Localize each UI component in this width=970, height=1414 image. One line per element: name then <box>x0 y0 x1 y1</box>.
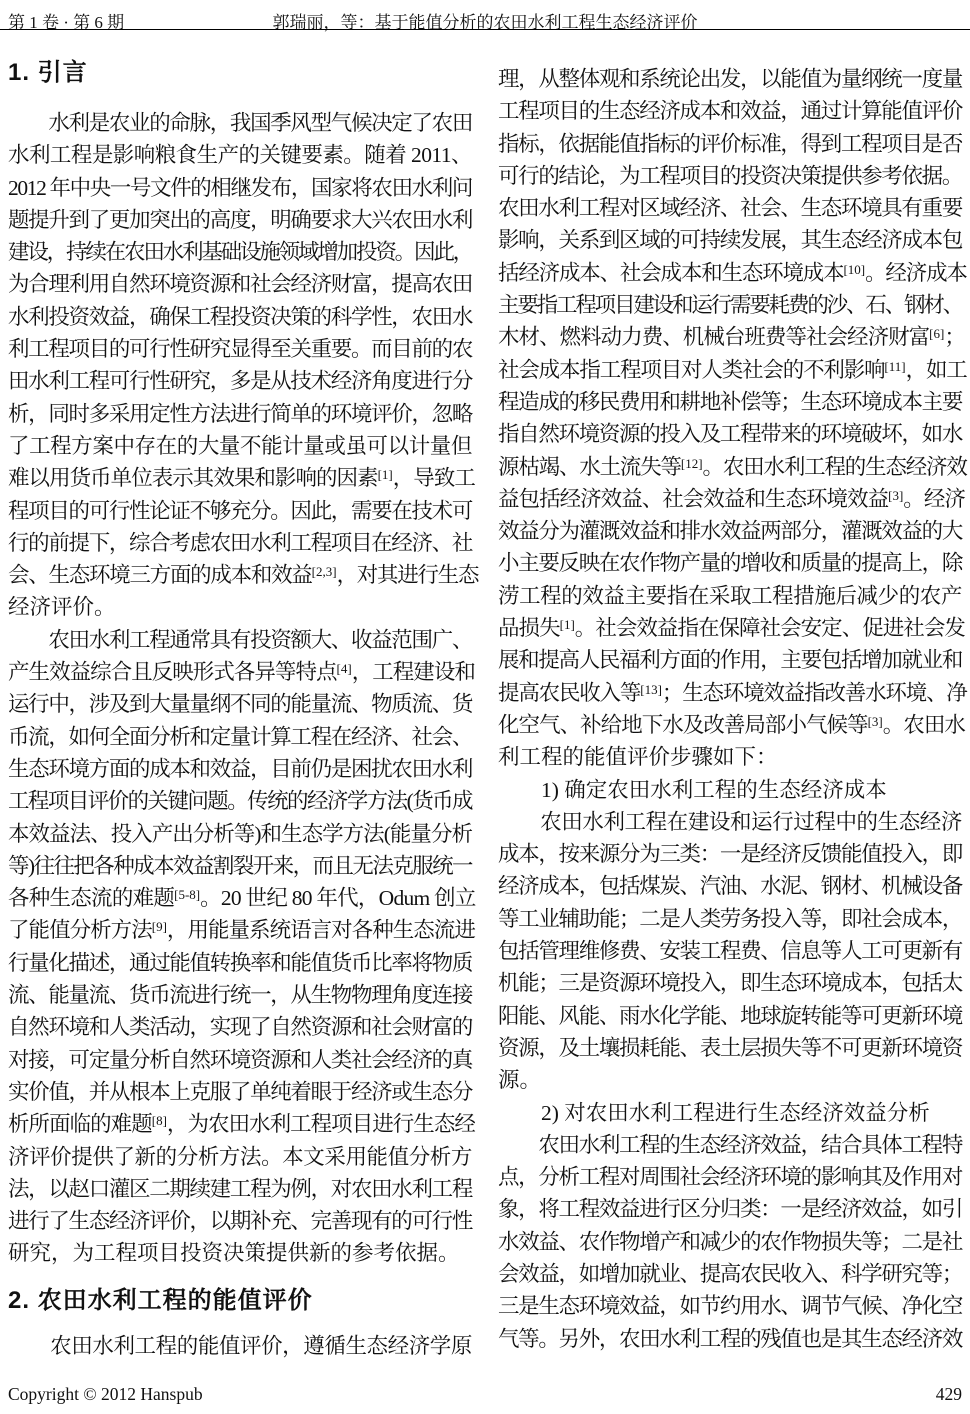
text-line: 水效益、农作物增产和减少的农作物损失等；二是社 <box>498 1226 962 1258</box>
text-line: 水利是农业的命脉，我国季风型气候决定了农田 <box>8 107 472 139</box>
text-line: 运行中，涉及到大量量纲不同的能量流、物质流、货 <box>8 688 472 720</box>
text-line: 法，以赵口灌区二期续建工程为例，对农田水利工程 <box>8 1173 472 1205</box>
text-line: 农田水利工程的能值评价，遵循生态经济学原 <box>8 1330 472 1362</box>
text-line: 三是生态环境效益，如节约用水、调节气候、净化空 <box>498 1290 962 1322</box>
text-line: 了能值分析方法[9]，用能量系统语言对各种生态流进 <box>8 914 472 946</box>
text-line: 行量化描述，通过能值转换率和能值货币比率将物质 <box>8 947 472 979</box>
text-line: 2) 对农田水利工程进行生态经济效益分析 <box>498 1097 962 1129</box>
paragraph: 理，从整体观和系统论出发，以能值为量纲统一度量工程项目的生态经济成本和效益，通过… <box>498 63 962 774</box>
header-rule <box>0 29 970 30</box>
text-line: 效益分为灌溉效益和排水效益两部分，灌溉效益的大 <box>498 515 962 547</box>
text-line: 行的前提下，综合考虑农田水利工程项目在经济、社 <box>8 527 472 559</box>
text-line: 会、生态环境三方面的成本和效益[2,3]，对其进行生态 <box>8 559 472 591</box>
text-line: 水利投资效益，确保工程投资决策的科学性，农田水 <box>8 301 472 333</box>
citation-ref: [8] <box>152 1113 167 1128</box>
text-line: 阳能、风能、雨水化学能、地球旋转能等可更新环境 <box>498 1000 962 1032</box>
page-header: 第 1 卷 · 第 6 期 郭瑞丽，等：基于能值分析的农田水利工程生态经济评价 <box>8 8 962 30</box>
text-line: 主要指工程项目建设和运行需要耗费的沙、石、钢材、 <box>498 289 962 321</box>
text-line: 利工程项目的可行性研究显得至关重要。而目前的农 <box>8 333 472 365</box>
text-line: 田水利工程可行性研究，多是从技术经济角度进行分 <box>8 365 472 397</box>
text-line: 展和提高人民福利方面的作用，主要包括增加就业和 <box>498 644 962 676</box>
text-line: 经济评价。 <box>8 591 472 623</box>
page-footer: Copyright © 2012 Hanspub 429 <box>8 1384 962 1408</box>
paragraph: 农田水利工程的能值评价，遵循生态经济学原 <box>8 1330 472 1362</box>
text-line: 农田水利工程的生态经济效益，结合具体工程特 <box>498 1129 962 1161</box>
citation-ref: [1] <box>560 617 575 632</box>
text-line: 木材、燃料动力费、机械台班费等社会经济财富[6]； <box>498 321 962 353</box>
text-line: 为合理利用自然环境资源和社会经济财富，提高农田 <box>8 268 472 300</box>
text-line: 成本，按来源分为三类：一是经济反馈能值投入，即 <box>498 838 962 870</box>
text-line: 气等。另外，农田水利工程的残值也是其生态经济效 <box>498 1323 962 1355</box>
text-line: 等)往往把各种成本效益割裂开来，而且无法克服统一 <box>8 850 472 882</box>
paragraph: 农田水利工程在建设和运行过程中的生态经济成本，按来源分为三类：一是经济反馈能值投… <box>498 806 962 1097</box>
text-line: 建设，持续在农田水利基础设施领域增加投资。因此， <box>8 236 472 268</box>
text-line: 等工业辅助能；二是人类劳务投入等，即社会成本， <box>498 903 962 935</box>
text-line: 了工程方案中存在的大量不能计量或虽可以计量但 <box>8 430 472 462</box>
text-line: 提高农民收入等[13]；生态环境效益指改善水环境、净 <box>498 677 962 709</box>
citation-ref: [3] <box>868 714 883 729</box>
text-line: 流、能量流、货币流进行统一，从生物物理角度连接 <box>8 979 472 1011</box>
page-number: 429 <box>936 1384 962 1405</box>
text-line: 指自然环境资源的投入及工程带来的环境破坏，如水 <box>498 418 962 450</box>
text-line: 程造成的移民费用和耕地补偿等；生态环境成本主要 <box>498 386 962 418</box>
text-line: 济评价提供了新的分析方法。本文采用能值分析方 <box>8 1141 472 1173</box>
text-line: 工程项目评价的关键问题。传统的经济学方法(货币成 <box>8 785 472 817</box>
citation-ref: [6] <box>929 326 944 341</box>
text-line: 析所面临的难题[8]，为农田水利工程项目进行生态经 <box>8 1108 472 1140</box>
text-line: 小主要反映在农作物产量的增收和质量的提高上，除 <box>498 547 962 579</box>
left-column: 1. 引言 水利是农业的命脉，我国季风型气候决定了农田水利工程是影响粮食生产的关… <box>8 56 472 1362</box>
text-line: 农田水利工程在建设和运行过程中的生态经济 <box>498 806 962 838</box>
text-line: 研究，为工程项目投资决策提供新的参考依据。 <box>8 1237 472 1269</box>
citation-ref: [11] <box>884 359 905 374</box>
text-line: 理，从整体观和系统论出发，以能值为量纲统一度量 <box>498 63 962 95</box>
text-line: 涝工程的效益主要指在采取工程措施后减少的农产 <box>498 580 962 612</box>
text-line: 工程项目的生态经济成本和效益，通过计算能值评价 <box>498 95 962 127</box>
text-line: 实价值，并从根本上克服了单纯着眼于经济或生态分 <box>8 1076 472 1108</box>
section-heading: 1. 引言 <box>8 56 472 90</box>
citation-ref: [4] <box>337 661 352 676</box>
text-line: 益包括经济效益、社会效益和生态环境效益[3]。经济 <box>498 483 962 515</box>
citation-ref: [10] <box>843 262 865 277</box>
text-line: 经济成本，包括煤炭、汽油、水泥、钢材、机械设备 <box>498 870 962 902</box>
paragraph: 1) 确定农田水利工程的生态经济成本 <box>498 774 962 806</box>
text-line: 进行了生态经济评价，以期补充、完善现有的可行性 <box>8 1205 472 1237</box>
text-line: 农田水利工程对区域经济、社会、生态环境具有重要 <box>498 192 962 224</box>
text-line: 化空气、补给地下水及改善局部小气候等[3]。农田水 <box>498 709 962 741</box>
paragraph: 2) 对农田水利工程进行生态经济效益分析 <box>498 1097 962 1129</box>
text-line: 资源，及土壤损耗能、表土层损失等不可更新环境资 <box>498 1032 962 1064</box>
text-line: 机能；三是资源环境投入，即生态环境成本，包括太 <box>498 967 962 999</box>
text-line: 象，将工程效益进行区分归类：一是经济效益，如引 <box>498 1193 962 1225</box>
text-line: 产生效益综合且反映形式各异等特点[4]，工程建设和 <box>8 656 472 688</box>
text-line: 析，同时多采用定性方法进行简单的环境评价，忽略 <box>8 398 472 430</box>
citation-ref: [13] <box>640 682 662 697</box>
text-line: 源。 <box>498 1064 962 1096</box>
text-line: 生态环境方面的成本和效益，目前仍是困扰农田水利 <box>8 753 472 785</box>
text-line: 利工程的能值评价步骤如下： <box>498 741 962 773</box>
text-line: 程项目的可行性论证不够充分。因此，需要在技术可 <box>8 495 472 527</box>
text-line: 2012 年中央一号文件的相继发布，国家将农田水利问 <box>8 172 472 204</box>
paragraph: 农田水利工程的生态经济效益，结合具体工程特点，分析工程对周围社会经济环境的影响其… <box>498 1129 962 1355</box>
paragraph: 水利是农业的命脉，我国季风型气候决定了农田水利工程是影响粮食生产的关键要素。随着… <box>8 107 472 624</box>
text-line: 农田水利工程通常具有投资额大、收益范围广、 <box>8 624 472 656</box>
text-line: 会效益，如增加就业、提高农民收入、科学研究等； <box>498 1258 962 1290</box>
text-line: 源枯竭、水土流失等[12]。农田水利工程的生态经济效 <box>498 451 962 483</box>
citation-ref: [5-8] <box>174 887 200 902</box>
citation-ref: [2,3] <box>312 564 337 579</box>
text-line: 可行的结论，为工程项目的投资决策提供参考依据。 <box>498 160 962 192</box>
text-line: 指标，依据能值指标的评价标准，得到工程项目是否 <box>498 128 962 160</box>
section-heading: 2. 农田水利工程的能值评价 <box>8 1284 472 1318</box>
text-line: 本效益法、投入产出分析等)和生态学方法(能量分析 <box>8 818 472 850</box>
citation-ref: [1] <box>378 467 393 482</box>
citation-ref: [3] <box>888 488 903 503</box>
right-column: 理，从整体观和系统论出发，以能值为量纲统一度量工程项目的生态经济成本和效益，通过… <box>498 63 962 1355</box>
text-line: 难以用货币单位表示其效果和影响的因素[1]，导致工 <box>8 462 472 494</box>
text-line: 水利工程是影响粮食生产的关键要素。随着 2011、 <box>8 139 472 171</box>
copyright-notice: Copyright © 2012 Hanspub <box>8 1384 203 1405</box>
citation-ref: [12] <box>681 456 703 471</box>
paragraph: 农田水利工程通常具有投资额大、收益范围广、产生效益综合且反映形式各异等特点[4]… <box>8 624 472 1270</box>
text-line: 包括管理维修费、安装工程费、信息等人工可更新有 <box>498 935 962 967</box>
citation-ref: [9] <box>152 919 167 934</box>
text-line: 对接，可定量分析自然环境资源和人类社会经济的真 <box>8 1044 472 1076</box>
text-line: 社会成本指工程项目对人类社会的不利影响[11]，如工 <box>498 354 962 386</box>
text-line: 各种生态流的难题[5-8]。20 世纪 80 年代，Odum 创立 <box>8 882 472 914</box>
text-line: 影响，关系到区域的可持续发展，其生态经济成本包 <box>498 224 962 256</box>
text-line: 币流，如何全面分析和定量计算工程在经济、社会、 <box>8 721 472 753</box>
text-line: 品损失[1]。社会效益指在保障社会安定、促进社会发 <box>498 612 962 644</box>
text-line: 1) 确定农田水利工程的生态经济成本 <box>498 774 962 806</box>
text-line: 自然环境和人类活动，实现了自然资源和社会财富的 <box>8 1011 472 1043</box>
text-line: 点，分析工程对周围社会经济环境的影响其及作用对 <box>498 1161 962 1193</box>
text-line: 括经济成本、社会成本和生态环境成本[10]。经济成本 <box>498 257 962 289</box>
text-line: 题提升到了更加突出的高度，明确要求大兴农田水利 <box>8 204 472 236</box>
